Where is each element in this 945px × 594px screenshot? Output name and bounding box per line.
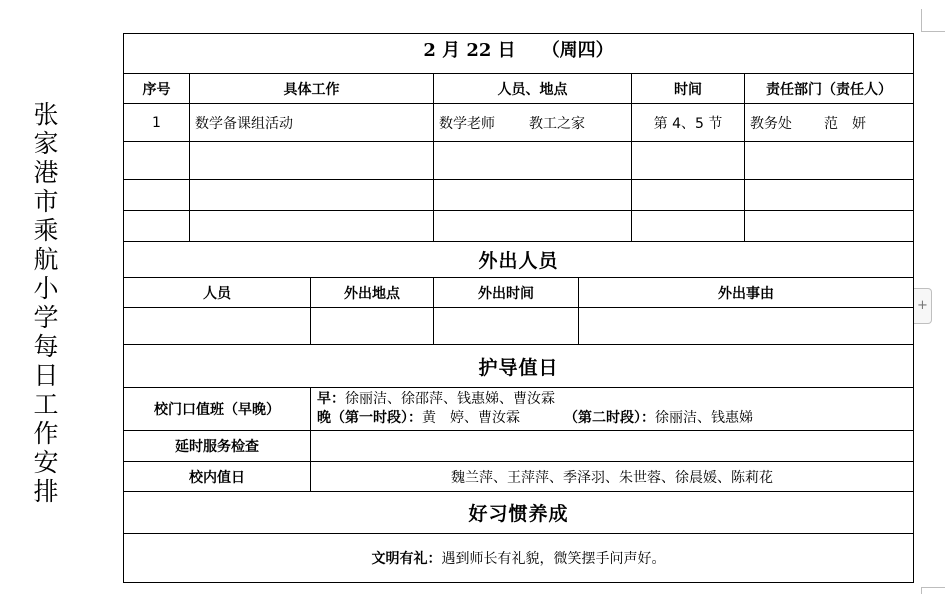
gate-duty-evening: 晚（第一时段）：黄 婷、曹汝霖（第二时段）：徐丽洁、钱惠娣 [317, 409, 753, 428]
side-title-char: 学 [30, 303, 62, 332]
side-title-char: 乘 [30, 216, 62, 245]
cell-no[interactable]: 1 [123, 103, 190, 142]
cell-people-place[interactable] [433, 179, 632, 211]
add-table-row-button[interactable]: + [914, 288, 932, 324]
outing-cell-person[interactable] [123, 307, 311, 345]
page-corner-mark-bottom-right [921, 587, 945, 594]
outing-cell-reason[interactable] [578, 307, 914, 345]
habit-text: 遇到师长有礼貌，微笑摆手问声好。 [442, 548, 666, 568]
cell-dept[interactable] [744, 179, 914, 211]
side-title-char: 安 [30, 448, 62, 477]
side-title-char: 日 [30, 361, 62, 390]
cell-task[interactable] [189, 141, 434, 180]
side-title-char: 排 [30, 477, 62, 506]
daily-schedule-table: 2 月 22 日 （周四） 序号 具体工作 人员、地点 时间 责任部门（责任人）… [123, 33, 914, 583]
afterschool-check-value[interactable] [310, 430, 914, 462]
col-header-time: 时间 [631, 73, 745, 104]
afterschool-check-label: 延时服务检查 [123, 430, 311, 462]
outing-col-header-time: 外出时间 [433, 277, 579, 308]
cell-dept[interactable] [744, 210, 914, 242]
side-title-char: 航 [30, 245, 62, 274]
cell-people-place[interactable] [433, 141, 632, 180]
gate-duty-value[interactable]: 早：徐丽洁、徐邵萍、钱惠娣、曹汝霖 晚（第一时段）：黄 婷、曹汝霖（第二时段）：… [310, 387, 914, 431]
outing-col-header-reason: 外出事由 [578, 277, 914, 308]
gate-duty-morning: 早：徐丽洁、徐邵萍、钱惠娣、曹汝霖 [317, 390, 555, 409]
habit-label: 文明有礼： [372, 548, 442, 568]
cell-task[interactable] [189, 179, 434, 211]
date-header[interactable]: 2 月 22 日 （周四） [123, 33, 914, 74]
outing-section-title: 外出人员 [123, 241, 914, 278]
cell-no[interactable] [123, 210, 190, 242]
outing-col-header-place: 外出地点 [310, 277, 434, 308]
side-title-char: 港 [30, 158, 62, 187]
cell-time[interactable] [631, 210, 745, 242]
side-title-char: 每 [30, 332, 62, 361]
campus-duty-value[interactable]: 魏兰萍、王萍萍、季泽羽、朱世蓉、徐晨媛、陈莉花 [310, 461, 914, 492]
outing-cell-place[interactable] [310, 307, 434, 345]
cell-people-place[interactable]: 数学老师 教工之家 [433, 103, 632, 142]
outing-cell-time[interactable] [433, 307, 579, 345]
col-header-dept: 责任部门（责任人） [744, 73, 914, 104]
campus-duty-label: 校内值日 [123, 461, 311, 492]
cell-task[interactable] [189, 210, 434, 242]
side-title-char: 市 [30, 187, 62, 216]
cell-no[interactable] [123, 141, 190, 180]
evening-label-1: 晚（第一时段）： [317, 410, 422, 426]
place-text: 教工之家 [529, 113, 585, 133]
habit-section-title: 好习惯养成 [123, 491, 914, 534]
page-corner-mark-top-right [921, 9, 945, 32]
evening-names-2: 徐丽洁、钱惠娣 [655, 410, 753, 426]
cell-dept[interactable]: 教务处 范 妍 [744, 103, 914, 142]
col-header-no: 序号 [123, 73, 190, 104]
outing-col-header-person: 人员 [123, 277, 311, 308]
side-title-char: 张 [30, 100, 62, 129]
side-title-char: 作 [30, 419, 62, 448]
evening-label-2: （第二时段）： [564, 410, 655, 426]
cell-dept[interactable] [744, 141, 914, 180]
date-text: 2 月 22 日 [423, 36, 515, 62]
dept-text: 教务处 [750, 113, 792, 133]
side-title-char: 小 [30, 274, 62, 303]
cell-time[interactable]: 第 4、5 节 [631, 103, 745, 142]
col-header-task: 具体工作 [189, 73, 434, 104]
side-title: 张 家 港 市 乘 航 小 学 每 日 工 作 安 排 [30, 100, 62, 506]
cell-people-place[interactable] [433, 210, 632, 242]
morning-names: 徐丽洁、徐邵萍、钱惠娣、曹汝霖 [345, 391, 555, 407]
owner-text: 范 妍 [824, 113, 866, 133]
cell-no[interactable] [123, 179, 190, 211]
people-text: 数学老师 [439, 113, 495, 133]
col-header-people-place: 人员、地点 [433, 73, 632, 104]
weekday-text: （周四） [542, 36, 614, 62]
duty-section-title: 护导值日 [123, 344, 914, 388]
morning-label: 早： [317, 391, 345, 407]
side-title-char: 工 [30, 390, 62, 419]
gate-duty-label: 校门口值班（早晚） [123, 387, 311, 431]
cell-task[interactable]: 数学备课组活动 [189, 103, 434, 142]
cell-time[interactable] [631, 179, 745, 211]
habit-content[interactable]: 文明有礼：遇到师长有礼貌，微笑摆手问声好。 [123, 533, 914, 583]
side-title-char: 家 [30, 129, 62, 158]
evening-names-1: 黄 婷、曹汝霖 [422, 410, 520, 426]
cell-time[interactable] [631, 141, 745, 180]
